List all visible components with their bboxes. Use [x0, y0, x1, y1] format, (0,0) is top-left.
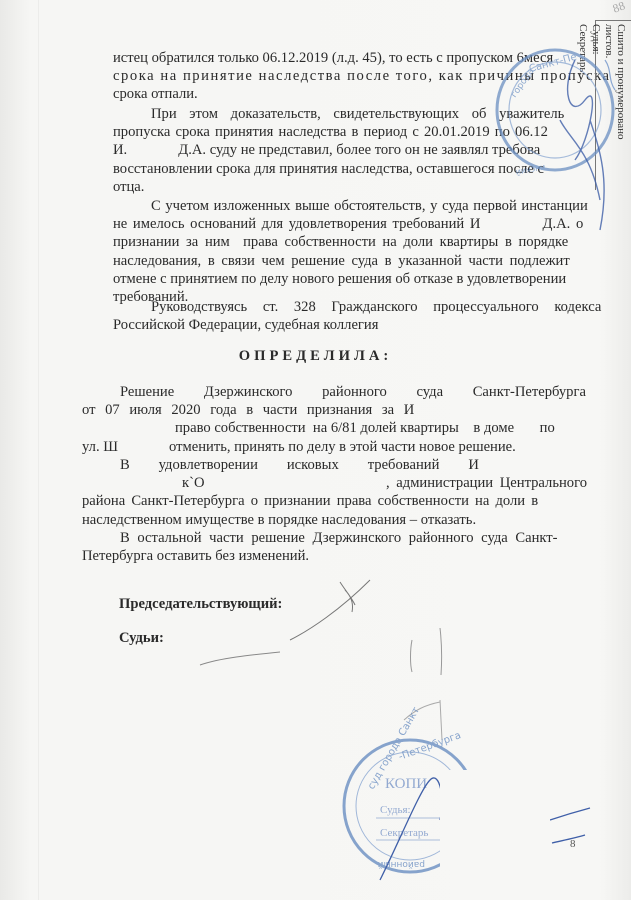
court-stamp-copy: суд города Санкт -Петербурга районный КО…: [0, 0, 631, 900]
redacted-area: [440, 770, 550, 870]
svg-text:районный: районный: [378, 859, 425, 869]
svg-text:Судья:: Судья:: [380, 804, 411, 816]
page-number: 8: [570, 838, 576, 850]
scanned-page: истец обратился только 06.12.2019 (л.д. …: [0, 0, 631, 900]
copy-mark: КОПИ: [385, 776, 427, 792]
